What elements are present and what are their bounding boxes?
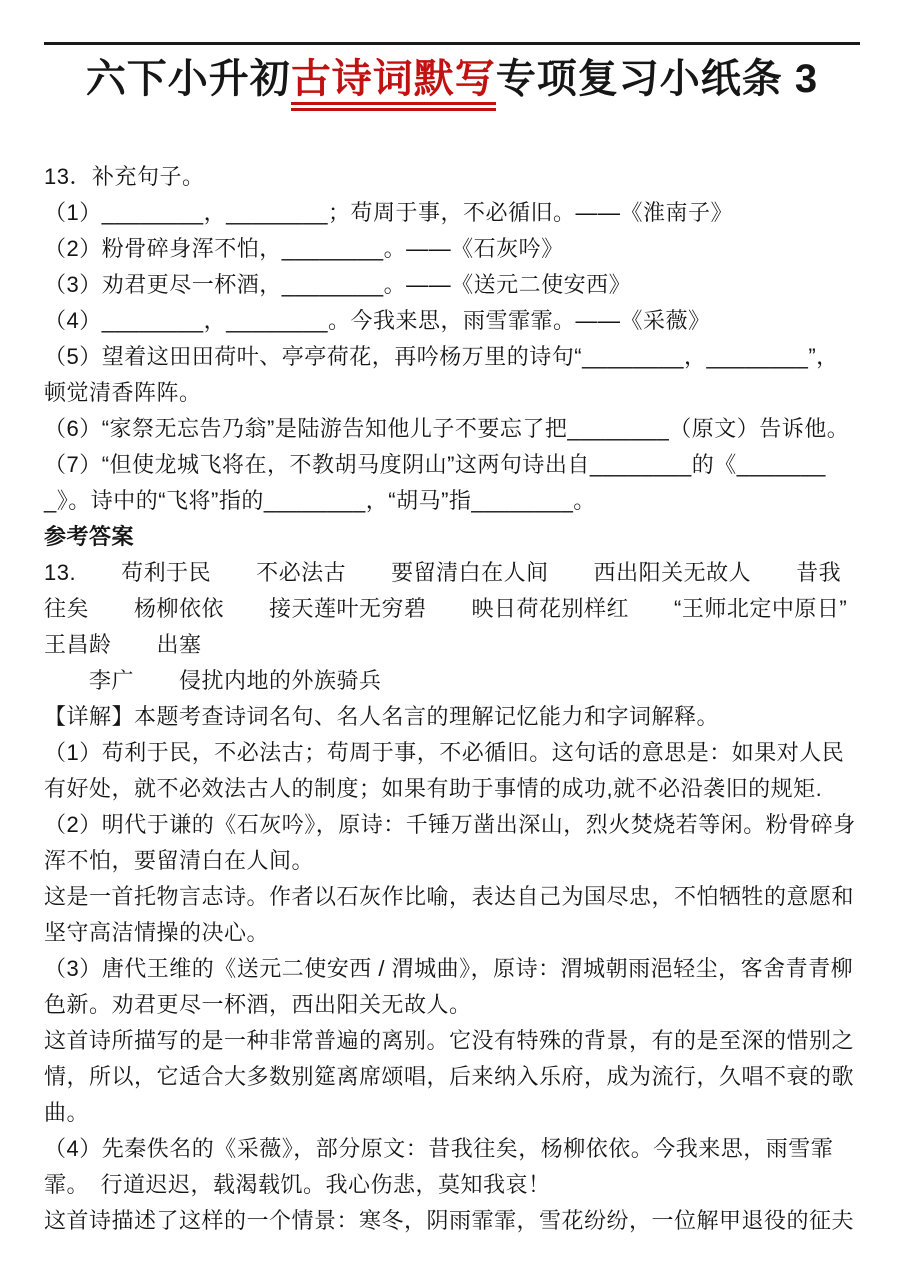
explanation-paragraph-3: 这是一首托物言志诗。作者以石灰作比喻，表达自己为国尽忠，不怕牺牲的意愿和坚守高洁… [44,879,860,951]
answer-line-2: 李广 侵扰内地的外族骑兵 [44,663,860,699]
title-highlight: 古诗词默写 [291,57,496,111]
question-item-4: （4）________，________。今我来思，雨雪霏霏。——《采薇》 [44,303,860,339]
explanation-paragraph-5: 这首诗所描写的是一种非常普遍的离别。它没有特殊的背景，有的是至深的惜别之情，所以… [44,1023,860,1131]
title-suffix: 专项复习小纸条 3 [496,57,818,101]
page-title: 六下小升初古诗词默写专项复习小纸条 3 [44,53,860,105]
top-divider [44,42,860,45]
explanation-paragraph-2: （2）明代于谦的《石灰吟》，原诗：千锤万凿出深山，烈火焚烧若等闲。粉骨碎身浑不怕… [44,807,860,879]
question-item-2: （2）粉骨碎身浑不怕，________。——《石灰吟》 [44,231,860,267]
question-item-5: （5）望着这田田荷叶、亭亭荷花，再吟杨万里的诗句“________，______… [44,339,860,411]
question-item-3: （3）劝君更尽一杯酒，________。——《送元二使安西》 [44,267,860,303]
explanation-paragraph-7: 这首诗描述了这样的一个情景：寒冬，阴雨霏霏，雪花纷纷，一位解甲退役的征夫 [44,1203,860,1239]
question-item-6: （6）“家祭无忘告乃翁”是陆游告知他儿子不要忘了把________（原文）告诉他… [44,411,860,447]
answers-heading: 参考答案 [44,519,860,555]
worksheet-page: 六下小升初古诗词默写专项复习小纸条 3 13．补充句子。 （1）________… [0,0,904,1280]
explanation-paragraph-4: （3）唐代王维的《送元二使安西 / 渭城曲》，原诗：渭城朝雨浥轻尘，客舍青青柳色… [44,951,860,1023]
question-item-7: （7）“但使龙城飞将在，不教胡马度阴山”这两句诗出自________的《____… [44,447,860,519]
title-prefix: 六下小升初 [86,57,291,101]
document-body: 13．补充句子。 （1）________，________；苟周于事，不必循旧。… [44,159,860,1239]
question-item-1: （1）________，________；苟周于事，不必循旧。——《淮南子》 [44,195,860,231]
question-heading: 13．补充句子。 [44,159,860,195]
explanation-paragraph-6: （4）先秦佚名的《采薇》，部分原文：昔我往矣，杨柳依依。今我来思，雨雪霏霏。 行… [44,1131,860,1203]
answer-line-1: 13. 苟利于民 不必法古 要留清白在人间 西出阳关无故人 昔我往矣 杨柳依依 … [44,555,860,663]
explanation-paragraph-1: （1）苟利于民，不必法古；苟周于事，不必循旧。这句话的意思是：如果对人民有好处，… [44,735,860,807]
explanation-intro: 【详解】本题考查诗词名句、名人名言的理解记忆能力和字词解释。 [44,699,860,735]
